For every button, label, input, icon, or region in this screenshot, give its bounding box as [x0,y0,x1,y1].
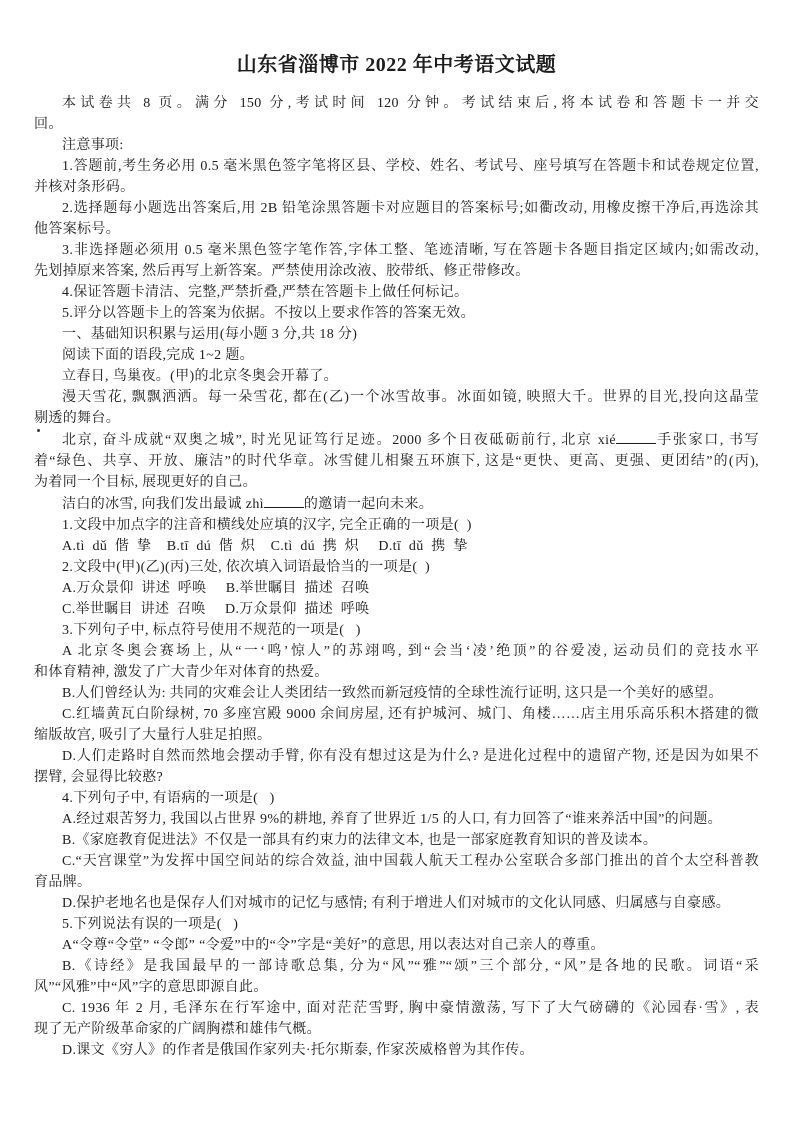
fill-in-blank-underline [616,429,656,444]
text-line: 4.下列句子中, 有语病的一项是( ) [34,788,759,809]
text-line: D.保护老地名也是保存人们对城市的记忆与感情; 有利于增进人们对城市的文化认同感… [34,893,759,914]
text-line: 2.选择题每小题选出答案后,用 2B 铅笔涂黑答题卡对应题目的答案标号;如衢改动… [34,198,759,219]
text-line: 洁白的冰雪, 向我们发出最诚 zhì的邀请一起向未来。 [34,493,759,515]
text-line: 3.下列句子中, 标点符号使用不规范的一项是( ) [34,620,759,641]
emphasis-dot-char: 剔 [34,408,48,429]
text-line: A 北京冬奥会赛场上, 从“一‘鸣’惊人”的苏翊鸣, 到“会当‘凌’绝顶”的谷爱… [34,641,759,662]
text-line: C.举世瞩目 讲述 召唤 D.万众景仰 描述 呼唤 [34,599,759,620]
text-line: 阅读下面的语段,完成 1~2 题。 [34,345,759,366]
text-line: 先划掉原来答案, 然后再写上新答案。严禁使用涂改液、胶带纸、修正带修改。 [34,261,759,282]
text-line: B.《家庭教育促进法》不仅是一部具有约束力的法律文本, 也是一部家庭教育知识的普… [34,830,759,851]
text-line: 为着同一个目标, 展现更好的自己。 [34,472,759,493]
text-line: 1.文段中加点字的注音和横线处应填的汉字, 完全正确的一项是( ) [34,515,759,536]
text-line: D.人们走路时自然而然地会摆动手臂, 你有没有想过这是为什么? 是进化过程中的遗… [34,746,759,767]
text-line: 一、基础知识积累与运用(每小题 3 分,共 18 分) [34,324,759,345]
text-line: 本试卷共 8 页。满分 150 分,考试时间 120 分钟。考试结束后,将本试卷… [34,93,759,114]
text-line: 3.非选择题必须用 0.5 毫米黑色签字笔作答,字体工整、笔迹清晰, 写在答题卡… [34,240,759,261]
text-line: 着“绿色、共享、开放、廉洁”的时代华章。冰雪健儿相聚五环旗下, 这是“更快、更高… [34,451,759,472]
text-line: 1.答题前,考生务必用 0.5 毫米黑色签字笔将区县、学校、姓名、考试号、座号填… [34,156,759,177]
text-line: 北京, 奋斗成就“双奥之城”, 时光见证笃行足迹。2000 多个日夜砥砺前行, … [34,429,759,451]
text-line: C. 1936 年 2 月, 毛泽东在行军途中, 面对茫茫雪野, 胸中豪情激荡,… [34,998,759,1019]
exam-page: 山东省淄博市 2022 年中考语文试题 本试卷共 8 页。满分 150 分,考试… [0,0,793,1122]
text-line: 2.文段中(甲)(乙)(丙)三处, 依次填入词语最恰当的一项是( ) [34,557,759,578]
text-line: D.课文《穷人》的作者是俄国作家列夫·托尔斯泰, 作家茨威格曾为其作传。 [34,1040,759,1061]
page-title: 山东省淄博市 2022 年中考语文试题 [34,52,759,78]
text-line: B.人们曾经认为: 共同的灾难会让人类团结一致然而新冠疫情的全球性流行证明, 这… [34,683,759,704]
text-line: 并核对条形码。 [34,177,759,198]
text-line: B.《诗经》是我国最早的一部诗歌总集, 分为“风”“雅”“颂”三个部分, “风”… [34,956,759,977]
text-line: 现了无产阶级革命家的广阔胸襟和雄伟气概。 [34,1019,759,1040]
text-line: 4.保证答题卡清洁、完整,严禁折叠,严禁在答题卡上做任何标记。 [34,282,759,303]
text-line: A.tì dǔ 偕 挚 B.tī dú 偕 炽 C.tì dú 携 炽 D.tī… [34,536,759,557]
text-line: 回。 [34,114,759,135]
text-line: A“令尊“令堂” “令郎” “令爱”中的“令”字是“美好”的意思, 用以表达对自… [34,935,759,956]
text-line: 5.评分以答题卡上的答案为依据。不按以上要求作答的答案无效。 [34,303,759,324]
text-line: 摆臂, 会显得比较憨? [34,767,759,788]
text-line: A.经过艰苦努力, 我国以占世界 9%的耕地, 养育了世界近 1/5 的人口, … [34,809,759,830]
text-line: 注意事项: [34,135,759,156]
text-line: 立春日, 鸟巢夜。(甲)的北京冬奥会开幕了。 [34,366,759,387]
text-line: 风”“风雅”中“风”字的意思即源自此。 [34,977,759,998]
text-line: 缩版故宫, 吸引了大量行人驻足拍照。 [34,725,759,746]
text-line: 漫天雪花, 飘飘洒洒。每一朵雪花, 都在(乙)一个冰雪故事。冰面如镜, 映照大千… [34,387,759,408]
text-line: C.红墙黄瓦白阶绿树, 70 多座宫殿 9000 余间房屋, 还有护城河、城门、… [34,704,759,725]
text-line: 和体育精神, 激发了广大青少年对体育的热爱。 [34,662,759,683]
document-body: 本试卷共 8 页。满分 150 分,考试时间 120 分钟。考试结束后,将本试卷… [34,93,759,1061]
text-line: A.万众景仰 讲述 呼唤 B.举世瞩目 描述 召唤 [34,578,759,599]
text-line: C.“天宫课堂”为发挥中国空间站的综合效益, 油中国载人航天工程办公室联合多部门… [34,851,759,872]
text-line: 育品牌。 [34,872,759,893]
text-line: 剔透的舞台。 [34,408,759,429]
fill-in-blank-underline [264,493,304,508]
text-line: 他答案标号。 [34,219,759,240]
text-line: 5.下列说法有误的一项是( ) [34,914,759,935]
